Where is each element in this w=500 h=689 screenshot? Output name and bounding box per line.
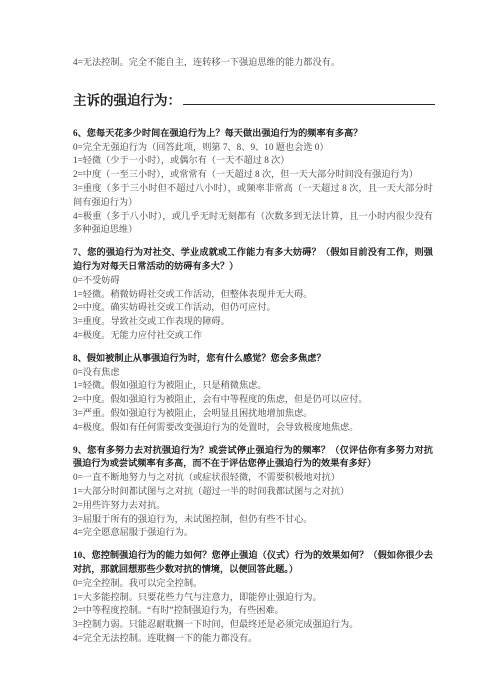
question-9-title: 9、您有多努力去对抗强迫行为？或尝试停止强迫行为的频率？（仅评估你有多努力对抗强… bbox=[73, 444, 433, 472]
question-9-option-4: 4=完全愿意屈服于强迫行为。 bbox=[73, 526, 433, 540]
question-10-option-4: 4=完全无法控制。连耽搁一下的能力都没有。 bbox=[73, 632, 433, 646]
question-6-option-4: 4=极重（多于八小时），或几乎无时无刻都有（次数多到无法计算，且一小时内很少没有… bbox=[73, 210, 433, 238]
question-6-title: 6、您每天花多少时间在强迫行为上？每天做出强迫行为的频率有多高？ bbox=[73, 127, 433, 141]
question-10: 10、您控制强迫行为的能力如何？您停止强迫（仪式）行为的效果如何？（假如你很少去… bbox=[73, 549, 433, 646]
question-8: 8、假如被制止从事强迫行为时，您有什么感觉？您会多焦虑？ 0=没有焦虑 1=轻微… bbox=[73, 352, 433, 435]
question-6-option-3: 3=重度（多于三小时但不超过八小时），或频率非常高（一天超过 8 次，且一天大部… bbox=[73, 182, 433, 210]
question-7-option-2: 2=中度。确实妨碍社交或工作活动，但仍可应付。 bbox=[73, 301, 433, 315]
question-10-option-2: 2=中等程度控制。“有时”控制强迫行为，有些困难。 bbox=[73, 604, 433, 618]
question-7: 7、您的强迫行为对社交、学业成就或工作能力有多大妨碍？（假如目前没有工作，则强迫… bbox=[73, 246, 433, 343]
previous-item-continuation-line: 4=无法控制。完全不能自主，连转移一下强迫思维的能力都没有。 bbox=[73, 56, 433, 70]
question-9: 9、您有多努力去对抗强迫行为？或尝试停止强迫行为的频率？（仅评估你有多努力对抗强… bbox=[73, 444, 433, 541]
question-8-option-3: 3=严重。假如强迫行为被阻止，会明显且困扰地增加焦虑。 bbox=[73, 407, 433, 421]
document-page: 4=无法控制。完全不能自主，连转移一下强迫思维的能力都没有。 主诉的强迫行为： … bbox=[0, 0, 500, 689]
question-8-option-0: 0=没有焦虑 bbox=[73, 366, 433, 380]
question-10-option-1: 1=大多能控制。只要花些力气与注意力，即能停止强迫行为。 bbox=[73, 591, 433, 605]
question-9-option-1: 1=大部分时间都试图与之对抗（超过一半的时间我都试图与之对抗） bbox=[73, 485, 433, 499]
question-7-option-3: 3=重度。导致社交或工作表现的障碍。 bbox=[73, 315, 433, 329]
question-9-option-3: 3=屈服于所有的强迫行为，未试图控制，但仍有些不甘心。 bbox=[73, 513, 433, 527]
question-6-option-2: 2=中度（一至三小时），或常常有（一天超过 8 次，但一天大部分时间没有强迫行为… bbox=[73, 168, 433, 182]
question-8-option-4: 4=极度。假如有任何需要改变强迫行为的处置时，会导致极度地焦虑。 bbox=[73, 421, 433, 435]
question-8-title: 8、假如被制止从事强迫行为时，您有什么感觉？您会多焦虑？ bbox=[73, 352, 433, 366]
document-content: 4=无法控制。完全不能自主，连转移一下强迫思维的能力都没有。 主诉的强迫行为： … bbox=[73, 56, 433, 646]
question-10-option-0: 0=完全控制。我可以完全控制。 bbox=[73, 577, 433, 591]
question-6-option-1: 1=轻微（少于一小时），或偶尔有（一天不超过 8 次） bbox=[73, 154, 433, 168]
question-7-title: 7、您的强迫行为对社交、学业成就或工作能力有多大妨碍？（假如目前没有工作，则强迫… bbox=[73, 246, 433, 274]
question-9-option-2: 2=用些许努力去对抗。 bbox=[73, 499, 433, 513]
question-9-option-0: 0=一直不断地努力与之对抗（或症状很轻微，不需要积极地对抗） bbox=[73, 471, 433, 485]
question-10-title: 10、您控制强迫行为的能力如何？您停止强迫（仪式）行为的效果如何？（假如你很少去… bbox=[73, 549, 433, 577]
question-10-option-3: 3=控制力弱。只能忍耐耽搁一下时间，但最终还是必须完成强迫行为。 bbox=[73, 618, 433, 632]
question-6: 6、您每天花多少时间在强迫行为上？每天做出强迫行为的频率有多高？ 0=完全无强迫… bbox=[73, 127, 433, 237]
section-heading-label: 主诉的强迫行为： bbox=[73, 93, 181, 108]
question-6-option-0: 0=完全无强迫行为（回答此项，则第 7、8、9、10 题也会选 0） bbox=[73, 141, 433, 155]
question-7-option-0: 0=不受妨碍 bbox=[73, 274, 433, 288]
fill-in-blank-line bbox=[183, 103, 435, 105]
question-7-option-4: 4=极度。无能力应付社交或工作 bbox=[73, 329, 433, 343]
question-7-option-1: 1=轻微。稍微妨碍社交或工作活动，但整体表现并无大碍。 bbox=[73, 288, 433, 302]
question-8-option-1: 1=轻微。假如强迫行为被阻止，只是稍微焦虑。 bbox=[73, 379, 433, 393]
question-8-option-2: 2=中度。假如强迫行为被阻止，会有中等程度的焦虑，但是仍可以应付。 bbox=[73, 393, 433, 407]
section-heading: 主诉的强迫行为： bbox=[73, 91, 433, 111]
